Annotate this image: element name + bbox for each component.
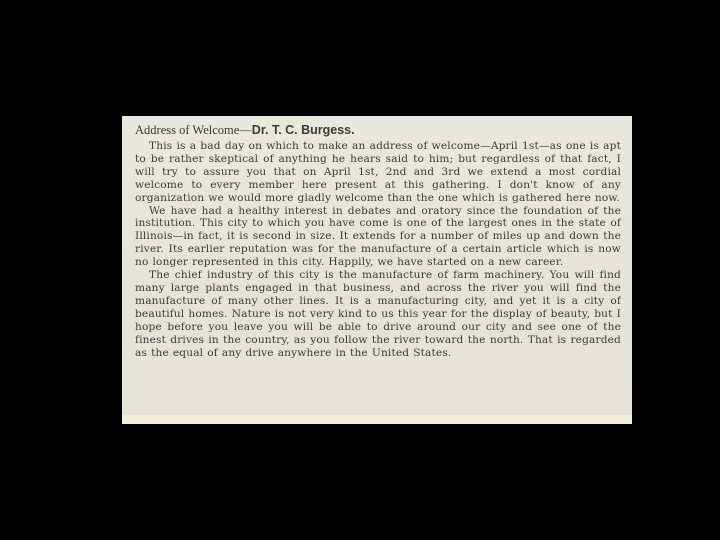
article-title: Address of Welcome— — [135, 123, 252, 137]
speaker-name: Dr. T. C. Burgess. — [252, 123, 355, 137]
paragraph-1: This is a bad day on which to make an ad… — [135, 140, 621, 205]
newspaper-clipping: Address of Welcome—Dr. T. C. Burgess. Th… — [122, 116, 632, 424]
paragraph-3: The chief industry of this city is the m… — [135, 269, 621, 359]
paper-bottom-edge — [122, 415, 632, 424]
article-heading: Address of Welcome—Dr. T. C. Burgess. — [135, 123, 621, 138]
paragraph-2: We have had a healthy interest in debate… — [135, 205, 621, 270]
